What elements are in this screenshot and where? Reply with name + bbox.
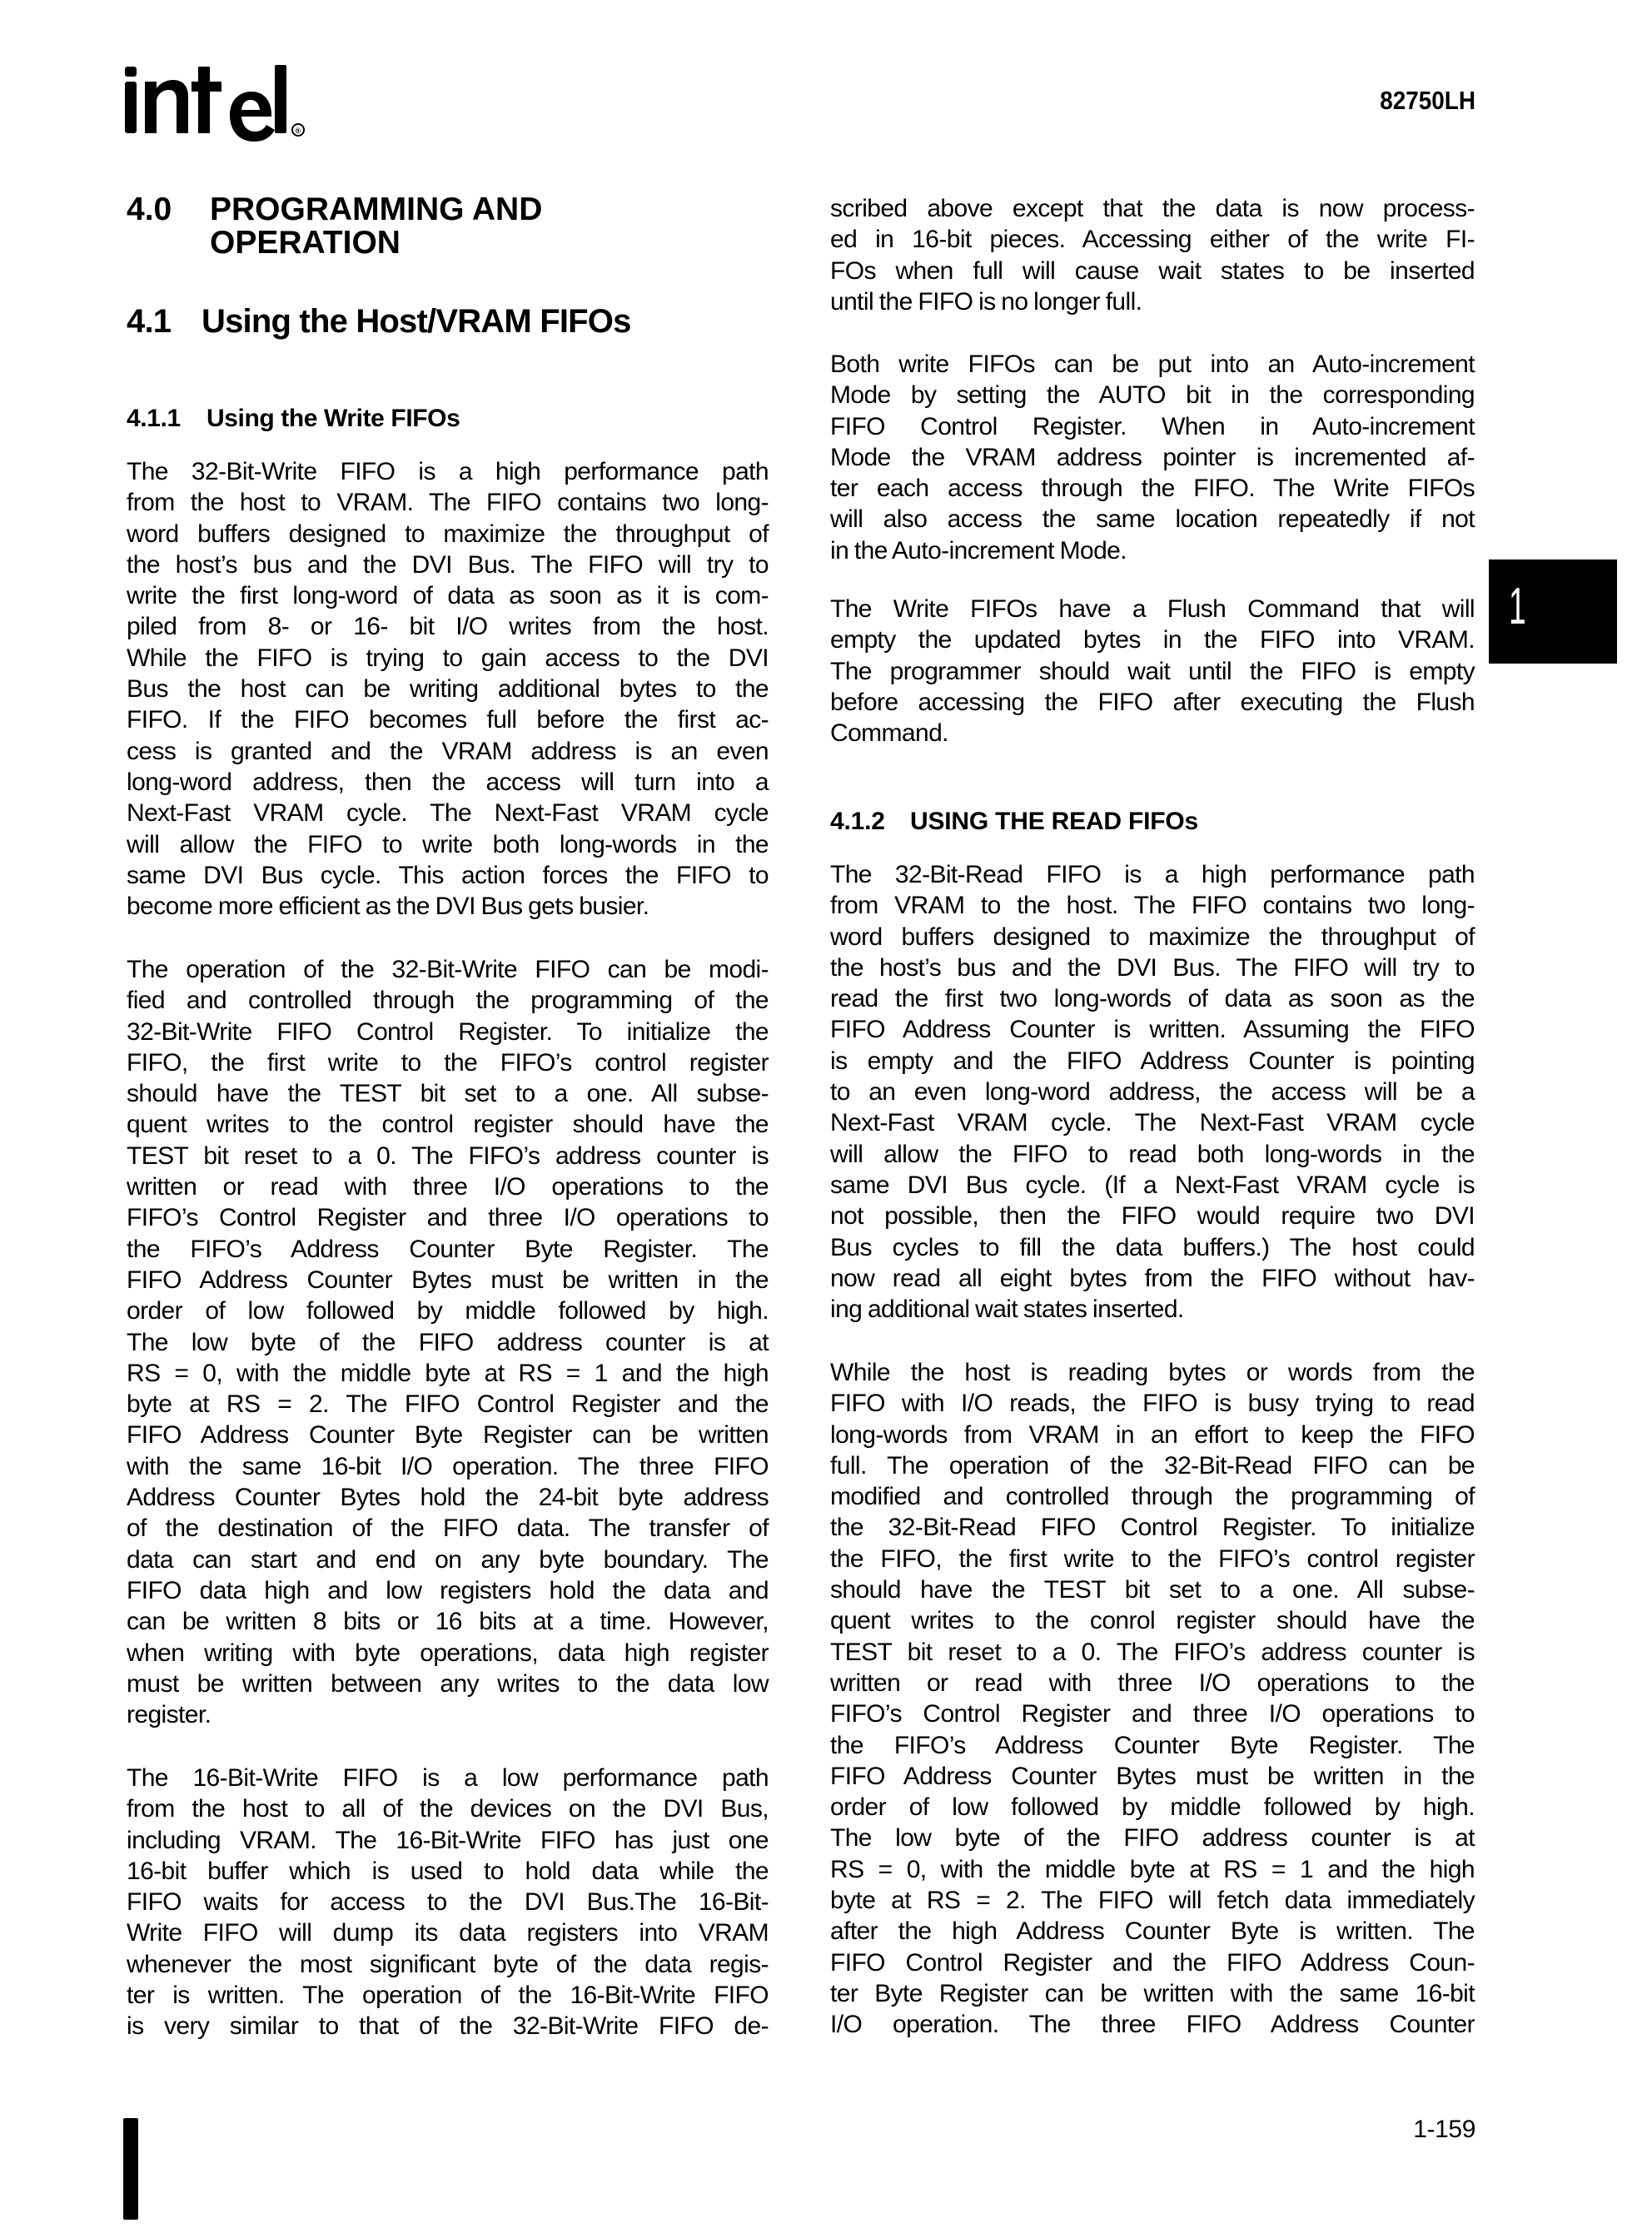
text-line: will also access the same location repea… bbox=[830, 504, 1475, 535]
text-line: The 32-Bit-Write FIFO is a high performa… bbox=[127, 456, 769, 487]
text-line: order of low followed by middle followed… bbox=[830, 1792, 1475, 1823]
text-line: after the high Address Counter Byte is w… bbox=[830, 1916, 1475, 1947]
text-line: full. The operation of the 32-Bit-Read F… bbox=[830, 1450, 1475, 1481]
text-line: 32-Bit-Write FIFO Control Register. To i… bbox=[127, 1017, 769, 1047]
text-line: the FIFO’s Address Counter Byte Register… bbox=[127, 1234, 769, 1265]
text-line: The low byte of the FIFO address counter… bbox=[830, 1823, 1475, 1853]
text-line: FIFO’s Control Register and three I/O op… bbox=[127, 1202, 769, 1233]
text-line: The low byte of the FIFO address counter… bbox=[127, 1327, 769, 1358]
text-line: write the first long-word of data as soo… bbox=[127, 580, 769, 611]
section-heading-4-1-2: 4.1.2USING THE READ FIFOs bbox=[830, 808, 1475, 836]
text-line: FIFO waits for access to the DVI Bus.The… bbox=[127, 1887, 769, 1917]
text-line: from the host to all of the devices on t… bbox=[127, 1793, 769, 1824]
text-line: While the host is reading bytes or words… bbox=[830, 1357, 1475, 1388]
change-bar bbox=[123, 2118, 138, 2220]
datasheet-page: ® 82750LH 4.0PROGRAMMING ANDOPERATION 4.… bbox=[0, 0, 1652, 2238]
text-line: to an even long-word address, the access… bbox=[830, 1077, 1475, 1107]
text-line: should have the TEST bit set to a one. A… bbox=[127, 1078, 769, 1109]
text-line: is empty and the FIFO Address Counter is… bbox=[830, 1046, 1475, 1077]
text-line: the host’s bus and the DVI Bus. The FIFO… bbox=[127, 550, 769, 580]
text-line: ed in 16-bit pieces. Accessing either of… bbox=[830, 224, 1475, 255]
text-line: Bus cycles to fill the data buffers.) Th… bbox=[830, 1232, 1475, 1263]
text-line: scribed above except that the data is no… bbox=[830, 193, 1475, 224]
text-line: read the first two long-words of data as… bbox=[830, 983, 1475, 1014]
text-line: modified and controlled through the prog… bbox=[830, 1481, 1475, 1512]
text-line: long-word address, then the access will … bbox=[127, 767, 769, 798]
text-line: quent writes to the conrol register shou… bbox=[830, 1605, 1475, 1636]
text-line: the 32-Bit-Read FIFO Control Register. T… bbox=[830, 1512, 1475, 1543]
text-line: The 32-Bit-Read FIFO is a high performan… bbox=[830, 859, 1475, 890]
text-line: RS = 0, with the middle byte at RS = 1 a… bbox=[127, 1358, 769, 1389]
text-line: is very similar to that of the 32-Bit-Wr… bbox=[127, 2011, 769, 2042]
text-line: The 16-Bit-Write FIFO is a low performan… bbox=[127, 1763, 769, 1793]
section-title-line-2: OPERATION bbox=[210, 225, 401, 261]
text-line: I/O operation. The three FIFO Address Co… bbox=[830, 2009, 1475, 2040]
text-line: when writing with byte operations, data … bbox=[127, 1638, 769, 1669]
text-line: Command. bbox=[830, 718, 1475, 748]
text-line: Next-Fast VRAM cycle. The Next-Fast VRAM… bbox=[830, 1107, 1475, 1138]
text-line: FIFO. If the FIFO becomes full before th… bbox=[127, 704, 769, 735]
text-line: the host’s bus and the DVI Bus. The FIFO… bbox=[830, 952, 1475, 983]
text-line: can be written 8 bits or 16 bits at a ti… bbox=[127, 1606, 769, 1637]
text-line: whenever the most significant byte of th… bbox=[127, 1949, 769, 1980]
text-line: piled from 8- or 16- bit I/O writes from… bbox=[127, 611, 769, 642]
text-line: FIFO, the first write to the FIFO’s cont… bbox=[127, 1047, 769, 1078]
text-line: empty the updated bytes in the FIFO into… bbox=[830, 624, 1475, 655]
text-line: While the FIFO is trying to gain access … bbox=[127, 643, 769, 674]
text-line: before accessing the FIFO after executin… bbox=[830, 687, 1475, 718]
section-title: Using the Write FIFOs bbox=[206, 405, 460, 432]
text-line: quent writes to the control register sho… bbox=[127, 1109, 769, 1140]
section-title-line-1: PROGRAMMING AND bbox=[210, 191, 542, 227]
text-line: The programmer should wait until the FIF… bbox=[830, 656, 1475, 687]
text-line: Bus the host can be writing additional b… bbox=[127, 674, 769, 704]
text-line: Both write FIFOs can be put into an Auto… bbox=[830, 349, 1475, 380]
text-line: ter each access through the FIFO. The Wr… bbox=[830, 473, 1475, 504]
paragraph: The 16-Bit-Write FIFO is a low performan… bbox=[127, 1763, 769, 2042]
text-line: Address Counter Bytes hold the 24-bit by… bbox=[127, 1482, 769, 1513]
text-line: ing additional wait states inserted. bbox=[830, 1294, 1475, 1325]
text-line: RS = 0, with the middle byte at RS = 1 a… bbox=[830, 1854, 1475, 1885]
section-number: 4.1.1 bbox=[127, 405, 206, 433]
text-line: FIFO Control Register. When in Auto-incr… bbox=[830, 411, 1475, 442]
paragraph: The 32-Bit-Write FIFO is a high performa… bbox=[127, 456, 769, 922]
text-line: cess is granted and the VRAM address is … bbox=[127, 736, 769, 767]
paragraph: The Write FIFOs have a Flush Command tha… bbox=[830, 594, 1475, 748]
thumb-tab-label: 1 bbox=[1509, 581, 1526, 633]
section-number: 4.1.2 bbox=[830, 808, 910, 836]
text-line: will allow the FIFO to read both long-wo… bbox=[830, 1139, 1475, 1170]
text-line: FIFO Address Counter Byte Register can b… bbox=[127, 1420, 769, 1450]
text-line: Next-Fast VRAM cycle. The Next-Fast VRAM… bbox=[127, 798, 769, 828]
text-line: must be written between any writes to th… bbox=[127, 1669, 769, 1699]
text-line: from the host to VRAM. The FIFO contains… bbox=[127, 487, 769, 518]
text-line: will allow the FIFO to write both long-w… bbox=[127, 829, 769, 860]
text-line: Mode by setting the AUTO bit in the corr… bbox=[830, 380, 1475, 410]
intel-logo-icon: ® bbox=[123, 60, 323, 160]
text-line: register. bbox=[127, 1699, 769, 1730]
section-heading-4-0: 4.0PROGRAMMING ANDOPERATION bbox=[127, 193, 769, 260]
text-line: Write FIFO will dump its data registers … bbox=[127, 1917, 769, 1948]
section-title: Using the Host/VRAM FIFOs bbox=[202, 303, 631, 340]
text-line: TEST bit reset to a 0. The FIFO’s addres… bbox=[830, 1637, 1475, 1668]
text-line: ter Byte Register can be written with th… bbox=[830, 1978, 1475, 2009]
paragraph: While the host is reading bytes or words… bbox=[830, 1357, 1475, 2041]
section-title: USING THE READ FIFOs bbox=[910, 808, 1198, 835]
text-line: same DVI Bus cycle. (If a Next-Fast VRAM… bbox=[830, 1170, 1475, 1201]
text-line: written or read with three I/O operation… bbox=[127, 1171, 769, 1202]
text-line: FIFO with I/O reads, the FIFO is busy tr… bbox=[830, 1388, 1475, 1419]
text-line: of the destination of the FIFO data. The… bbox=[127, 1513, 769, 1544]
text-line: same DVI Bus cycle. This action forces t… bbox=[127, 860, 769, 891]
section-heading-4-1-1: 4.1.1Using the Write FIFOs bbox=[127, 405, 769, 433]
text-line: word buffers designed to maximize the th… bbox=[127, 519, 769, 550]
text-line: long-words from VRAM in an effort to kee… bbox=[830, 1420, 1475, 1450]
text-line: FIFO’s Control Register and three I/O op… bbox=[830, 1698, 1475, 1729]
text-line: FIFO Control Register and the FIFO Addre… bbox=[830, 1947, 1475, 1978]
section-number: 4.1 bbox=[127, 305, 202, 338]
text-line: fied and controlled through the programm… bbox=[127, 985, 769, 1016]
text-line: 16-bit buffer which is used to hold data… bbox=[127, 1856, 769, 1887]
text-line: FIFO Address Counter Bytes must be writt… bbox=[127, 1265, 769, 1296]
text-line: word buffers designed to maximize the th… bbox=[830, 922, 1475, 952]
text-line: byte at RS = 2. The FIFO Control Registe… bbox=[127, 1389, 769, 1420]
svg-text:®: ® bbox=[296, 127, 301, 135]
text-line: now read all eight bytes from the FIFO w… bbox=[830, 1263, 1475, 1294]
text-line: FIFO Address Counter Bytes must be writt… bbox=[830, 1761, 1475, 1792]
text-line: order of low followed by middle followed… bbox=[127, 1296, 769, 1326]
text-line: become more efficient as the DVI Bus get… bbox=[127, 891, 769, 922]
text-line: FIFO Address Counter is written. Assumin… bbox=[830, 1014, 1475, 1045]
paragraph: The 32-Bit-Read FIFO is a high performan… bbox=[830, 859, 1475, 1325]
text-line: The operation of the 32-Bit-Write FIFO c… bbox=[127, 954, 769, 985]
text-line: the FIFO, the first write to the FIFO’s … bbox=[830, 1544, 1475, 1574]
text-line: with the same 16-bit I/O operation. The … bbox=[127, 1451, 769, 1482]
paragraph: The operation of the 32-Bit-Write FIFO c… bbox=[127, 954, 769, 1730]
text-line: FOs when full will cause wait states to … bbox=[830, 256, 1475, 286]
text-line: ter is written. The operation of the 16-… bbox=[127, 1980, 769, 2011]
text-line: FIFO data high and low registers hold th… bbox=[127, 1575, 769, 1606]
text-line: including VRAM. The 16-Bit-Write FIFO ha… bbox=[127, 1825, 769, 1856]
text-line: data can start and end on any byte bound… bbox=[127, 1544, 769, 1575]
section-thumb-tab: 1 bbox=[1489, 559, 1617, 664]
text-line: TEST bit reset to a 0. The FIFO’s addres… bbox=[127, 1141, 769, 1171]
part-number: 82750LH bbox=[1219, 86, 1475, 116]
section-number: 4.0 bbox=[127, 193, 210, 226]
paragraph: scribed above except that the data is no… bbox=[830, 193, 1475, 317]
text-line: The Write FIFOs have a Flush Command tha… bbox=[830, 594, 1475, 624]
text-line: from VRAM to the host. The FIFO contains… bbox=[830, 890, 1475, 921]
page-number: 1-159 bbox=[1332, 2113, 1475, 2146]
text-line: written or read with three I/O operation… bbox=[830, 1668, 1475, 1698]
text-line: the FIFO’s Address Counter Byte Register… bbox=[830, 1730, 1475, 1761]
text-line: should have the TEST bit set to a one. A… bbox=[830, 1574, 1475, 1605]
intel-logo: ® bbox=[123, 60, 323, 160]
paragraph: Both write FIFOs can be put into an Auto… bbox=[830, 349, 1475, 566]
text-line: in the Auto-increment Mode. bbox=[830, 535, 1475, 566]
section-heading-4-1: 4.1Using the Host/VRAM FIFOs bbox=[127, 305, 769, 338]
text-line: not possible, then the FIFO would requir… bbox=[830, 1201, 1475, 1231]
text-line: byte at RS = 2. The FIFO will fetch data… bbox=[830, 1885, 1475, 1916]
text-line: until the FIFO is no longer full. bbox=[830, 286, 1475, 317]
text-line: Mode the VRAM address pointer is increme… bbox=[830, 442, 1475, 473]
